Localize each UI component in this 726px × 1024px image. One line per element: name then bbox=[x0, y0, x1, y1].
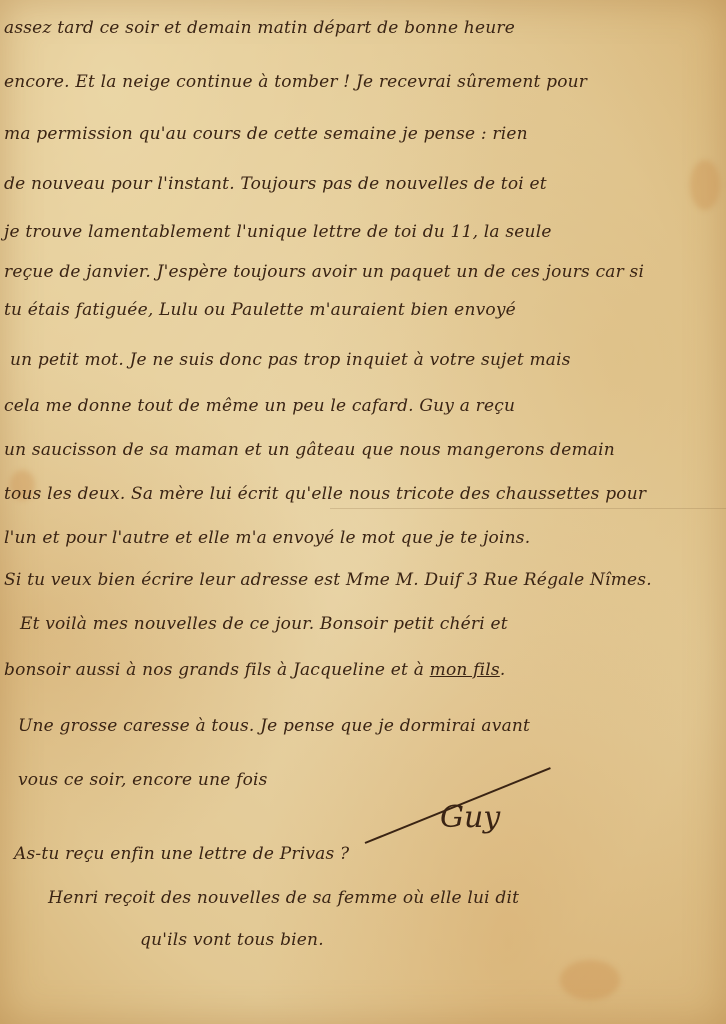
letter-line: reçue de janvier. J'espère toujours avoi… bbox=[4, 262, 644, 282]
letter-line: Si tu veux bien écrire leur adresse est … bbox=[4, 570, 652, 590]
underlined-phrase: mon fils bbox=[430, 660, 500, 680]
signature: Guy bbox=[440, 800, 500, 835]
letter-line: cela me donne tout de même un peu le caf… bbox=[4, 396, 515, 416]
letter-line: un saucisson de sa maman et un gâteau qu… bbox=[4, 440, 615, 460]
letter-line: vous ce soir, encore une fois bbox=[18, 770, 268, 790]
postscript-line: Henri reçoit des nouvelles de sa femme o… bbox=[48, 888, 519, 908]
letter-line: Une grosse caresse à tous. Je pense que … bbox=[18, 716, 530, 736]
letter-line: tu étais fatiguée, Lulu ou Paulette m'au… bbox=[4, 300, 516, 320]
letter-page: assez tard ce soir et demain matin dépar… bbox=[0, 0, 726, 1024]
paper-stain bbox=[560, 960, 620, 1000]
letter-line: de nouveau pour l'instant. Toujours pas … bbox=[4, 174, 547, 194]
letter-line: un petit mot. Je ne suis donc pas trop i… bbox=[10, 350, 571, 370]
letter-line: bonsoir aussi à nos grands fils à Jacque… bbox=[4, 660, 505, 680]
letter-line: tous les deux. Sa mère lui écrit qu'elle… bbox=[4, 484, 646, 504]
postscript-line: As-tu reçu enfin une lettre de Privas ? bbox=[14, 844, 349, 864]
letter-line: Et voilà mes nouvelles de ce jour. Bonso… bbox=[20, 614, 508, 634]
letter-line: l'un et pour l'autre et elle m'a envoyé … bbox=[4, 528, 530, 548]
paper-stain bbox=[690, 160, 720, 210]
letter-line: assez tard ce soir et demain matin dépar… bbox=[4, 18, 515, 38]
letter-line: je trouve lamentablement l'unique lettre… bbox=[4, 222, 552, 242]
paper-fold-line bbox=[330, 508, 726, 509]
letter-line: encore. Et la neige continue à tomber ! … bbox=[4, 72, 587, 92]
letter-line: ma permission qu'au cours de cette semai… bbox=[4, 124, 528, 144]
postscript-line: qu'ils vont tous bien. bbox=[140, 930, 324, 950]
